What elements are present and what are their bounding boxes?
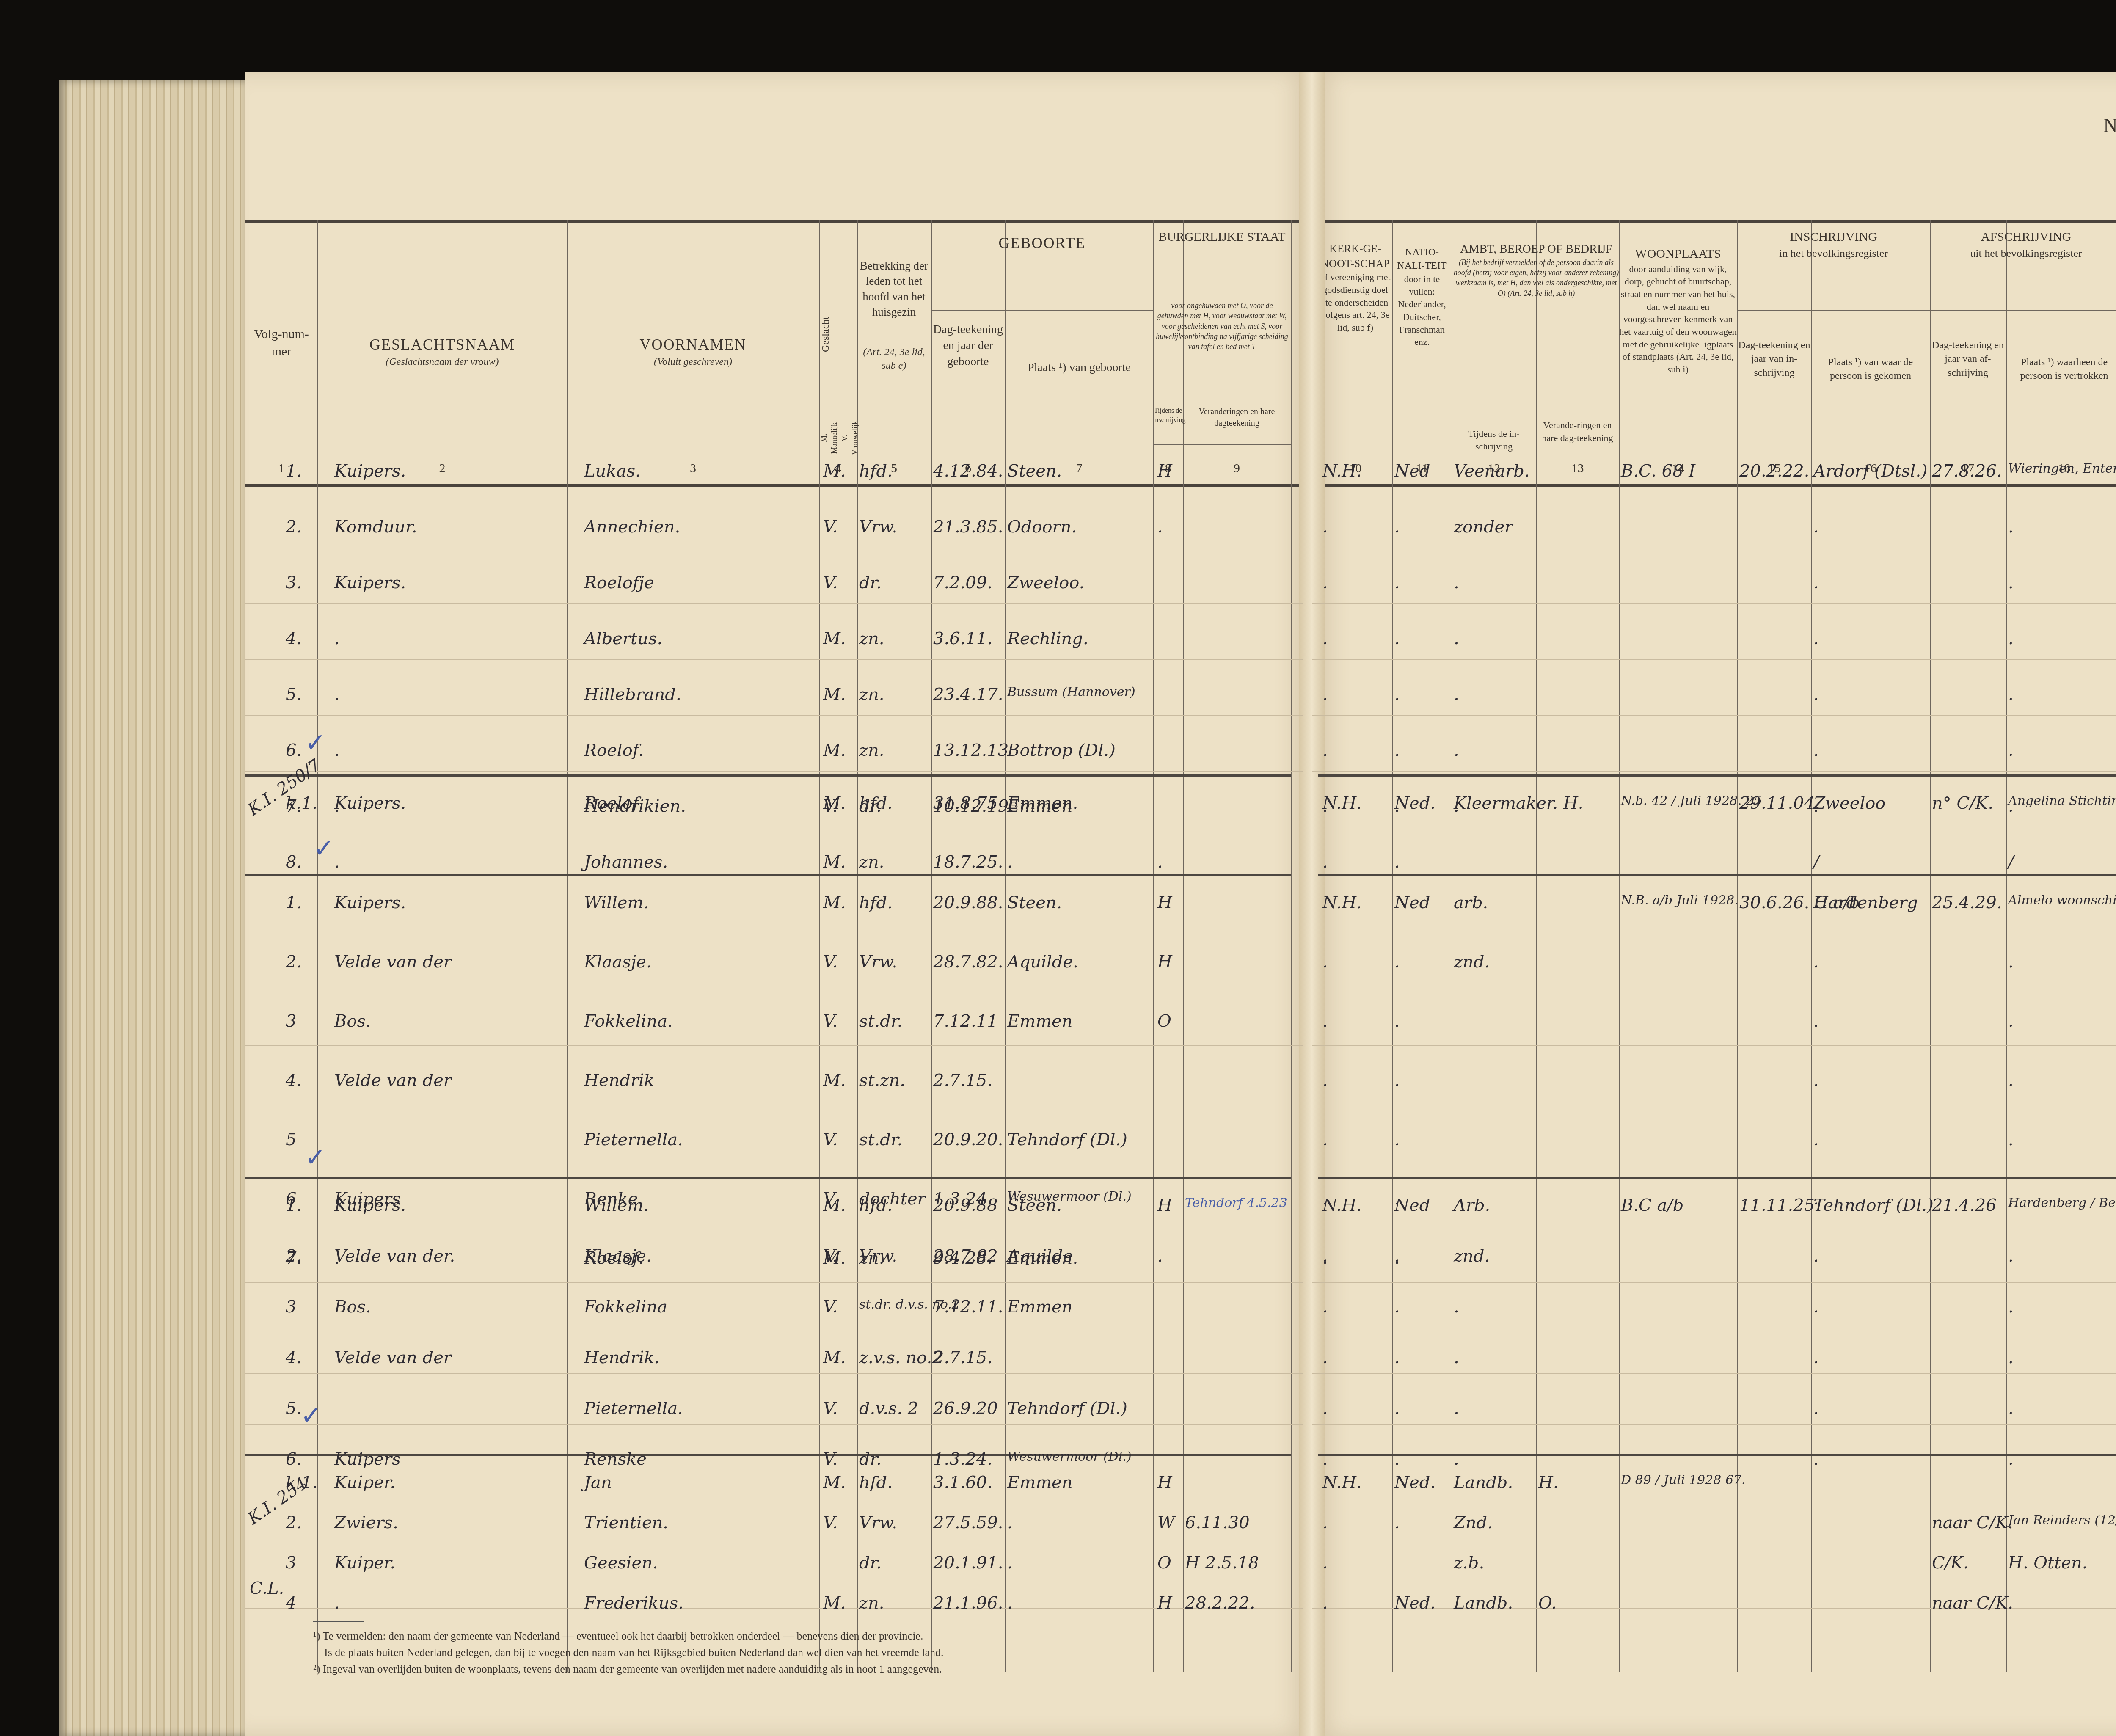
ruled-line [245, 840, 1303, 840]
entry-registration-origin: . [1813, 1071, 1819, 1090]
entry-deregistration-destination: Almelo woonschip a. 't Eiland. [2008, 893, 2116, 908]
entry-birth-date: 23.4.17. [933, 685, 1003, 704]
entry-volgnummer: 5. [286, 685, 302, 704]
entry-deregistration-destination: . [2008, 1246, 2014, 1266]
entry-birth-date: 20.9.88 [933, 1196, 998, 1215]
entry-sex: V. [823, 1513, 838, 1532]
ruled-line [245, 1568, 1303, 1568]
entry-birth-place: Rechling. [1007, 629, 1088, 648]
ruled-line [1312, 715, 2116, 716]
ruled-line [245, 1488, 1303, 1488]
entry-sex: V. [823, 1297, 838, 1317]
entry-given-names: Hillebrand. [584, 685, 681, 704]
entry-given-names: Fokkelina. [584, 1011, 673, 1031]
ruled-line [245, 1373, 1303, 1374]
colnum: 9 [1183, 461, 1291, 476]
entry-church: . [1322, 1513, 1328, 1532]
entry-birth-date: 28.7.82. [933, 952, 1003, 972]
book-page-edges [59, 80, 245, 1736]
entry-registration-origin: . [1813, 1011, 1819, 1031]
entry-nationality: Ned. [1394, 1593, 1435, 1613]
entry-volgnummer: 2. [286, 517, 302, 537]
entry-given-names: Albertus. [584, 629, 662, 648]
entry-given-names: Roelof. [584, 794, 644, 813]
entry-given-names: Jan [584, 1473, 612, 1492]
entry-birth-place: . [1007, 1593, 1013, 1613]
entry-occupation-change: H. [1538, 1473, 1559, 1492]
header-in-plaats: Plaats ¹) van waar de persoon is gekomen [1811, 355, 1930, 383]
header-ambt-tijdens: Tijdens de in-schrijving [1452, 427, 1536, 452]
household-extra-note: C.L. [250, 1579, 284, 1598]
entry-deregistration-date: naar C/K. [1932, 1593, 2013, 1613]
entry-nationality: . [1394, 1071, 1400, 1090]
ruled-line [1312, 1045, 2116, 1046]
entry-deregistration-destination: . [2008, 1449, 2014, 1469]
household-separator [1318, 1454, 2116, 1456]
entry-relation: st.dr. [859, 1130, 902, 1149]
entry-given-names: Pieternella. [584, 1399, 683, 1418]
entry-birth-place: . [1007, 1553, 1013, 1573]
ruled-line [1312, 927, 2116, 927]
entry-volgnummer: 6. [286, 1449, 302, 1469]
entry-registration-origin: . [1813, 1297, 1819, 1317]
ruled-line [245, 986, 1303, 986]
entry-sex: M. [823, 685, 846, 704]
ruled-line [1312, 1223, 2116, 1223]
entry-birth-place: Tehndorf (Dl.) [1007, 1130, 1127, 1149]
entry-surname: Velde van der [334, 952, 452, 972]
entry-deregistration-date: 25.4.29. [1932, 893, 2002, 912]
ruled-line [1312, 1221, 2116, 1221]
entry-nationality: . [1394, 1011, 1400, 1031]
entry-surname: Kuiper. [334, 1473, 395, 1492]
entry-nationality: . [1394, 952, 1400, 972]
ruled-line [1312, 1568, 2116, 1568]
entry-birth-place: Steen. [1007, 461, 1062, 481]
entry-church: . [1322, 517, 1328, 537]
entry-nationality: Ned. [1394, 794, 1435, 813]
blue-check-mark: ✓ [313, 834, 334, 863]
entry-deregistration-destination: . [2008, 1011, 2014, 1031]
ruled-line [245, 1323, 1303, 1323]
ruled-line [1312, 548, 2116, 548]
inschrijving-rule [1737, 309, 1930, 311]
entry-deregistration-date: C/K. [1932, 1553, 1969, 1573]
entry-birth-place: Steen. [1007, 893, 1062, 912]
entry-birth-date: 31.8.75 [933, 794, 998, 813]
header-geboorte-datum: Dag-teekening en jaar der geboorte [931, 322, 1005, 369]
entry-civil-status: . [1157, 1246, 1163, 1266]
ruled-line [245, 1223, 1303, 1223]
entry-occupation: . [1454, 741, 1459, 760]
ruled-line [1312, 1373, 2116, 1374]
entry-occupation: Landb. [1454, 1473, 1513, 1492]
footnote-1-cont: Is de plaats buiten Nederland gelegen, d… [313, 1644, 1244, 1661]
entry-surname: Komduur. [334, 517, 417, 537]
entry-sex: M. [823, 1473, 846, 1492]
entry-nationality: . [1394, 1297, 1400, 1317]
entry-relation: zn. [859, 1593, 884, 1613]
entry-relation: Vrw. [859, 1513, 897, 1532]
geboorte-rule [931, 309, 1153, 311]
entry-surname: . [334, 685, 340, 704]
entry-deregistration-destination: Jan Reinders (12/30) [2008, 1513, 2116, 1528]
entry-deregistration-date: 21.4.26 [1932, 1196, 1997, 1215]
entry-given-names: Klaasje. [584, 952, 652, 972]
col-divider [1291, 220, 1292, 1672]
entry-birth-place: Emmen [1007, 1297, 1073, 1317]
header-geslachtsnaam: GESLACHTSNAAM(Geslachtsnaam der vrouw) [317, 334, 567, 369]
ruled-line [245, 771, 1303, 772]
entry-civil-status-change: Tehndorf 4.5.23 [1185, 1196, 1287, 1210]
ruled-line [245, 1105, 1303, 1105]
entry-sex: M. [823, 741, 846, 760]
entry-registration-origin: . [1813, 952, 1819, 972]
entry-nationality: . [1394, 741, 1400, 760]
header-burgerlijke-staat: BURGERLIJKE STAAT [1153, 229, 1291, 246]
footnote-2: ²) Ingeval van overlijden buiten de woon… [313, 1661, 1244, 1677]
entry-birth-date: 20.9.88. [933, 893, 1003, 912]
entry-deregistration-destination: . [2008, 517, 2014, 537]
header-betrekking: Betrekking der leden tot het hoofd van h… [857, 258, 931, 373]
entry-relation: zn. [859, 629, 884, 648]
entry-volgnummer: 3 [286, 1553, 296, 1573]
header-geboorte-plaats: Plaats ¹) van geboorte [1005, 360, 1153, 376]
entry-birth-date: 13.12.13 [933, 741, 1008, 760]
entry-deregistration-date: n° C/K. [1932, 794, 1993, 813]
entry-birth-date: 18.7.25. [933, 852, 1003, 872]
ruled-line [245, 827, 1303, 827]
entry-birth-date: 28.7.82 [933, 1246, 998, 1266]
entry-occupation: . [1454, 1297, 1459, 1317]
entry-registration-origin: Tehndorf (Dl.) [1813, 1196, 1934, 1215]
entry-registration-date: 29.11.04. [1739, 794, 1820, 813]
entry-relation: dr. [859, 1553, 882, 1573]
entry-church: . [1322, 1130, 1328, 1149]
ruled-line [245, 1608, 1303, 1609]
entry-deregistration-destination: . [2008, 1348, 2014, 1367]
entry-given-names: Willem. [584, 893, 649, 912]
entry-occupation: Arb. [1454, 1196, 1490, 1215]
entry-civil-status-change: H 2.5.18 [1185, 1553, 1259, 1573]
entry-given-names: Frederikus. [584, 1593, 683, 1613]
entry-civil-status: H [1157, 893, 1172, 912]
entry-occupation: zonder [1454, 517, 1513, 537]
header-af-datum: Dag-teekening en jaar van af-schrijving [1930, 339, 2006, 380]
entry-surname: Kuipers [334, 1449, 400, 1469]
geslacht-rule [819, 411, 857, 412]
entry-surname: Kuipers. [334, 1196, 406, 1215]
entry-sex: M. [823, 1348, 846, 1367]
entry-birth-date: 1.3.24. [933, 1449, 992, 1469]
book-gutter [1299, 72, 1325, 1736]
header-tijdens-label: Tijdens de inschrijving [1153, 406, 1183, 424]
entry-registration-origin: . [1813, 1130, 1819, 1149]
entry-church: N.H. [1322, 893, 1362, 912]
entry-civil-status: H [1157, 1473, 1172, 1492]
entry-given-names: Lukas. [584, 461, 641, 481]
footnotes: ¹) Te vermelden: den naam der gemeente v… [313, 1621, 1244, 1677]
entry-birth-place: Emmen [1007, 1011, 1073, 1031]
entry-volgnummer: 3 [286, 1297, 296, 1317]
entry-sex: V. [823, 952, 838, 972]
ruled-line [245, 603, 1303, 604]
entry-birth-place: Wesuwermoor (Dl.) [1007, 1449, 1132, 1464]
blue-check-mark: ✓ [300, 1401, 322, 1430]
entry-deregistration-destination: Wieringen, Enterno 15. 88. [2008, 461, 2116, 476]
entry-given-names: Roelofje [584, 573, 654, 592]
blue-check-mark: ✓ [305, 1143, 326, 1172]
entry-sex: M. [823, 1196, 846, 1215]
entry-birth-place: Emmen. [1007, 794, 1078, 813]
entry-church: N.H. [1322, 794, 1362, 813]
household-separator [245, 874, 1291, 876]
entry-church: . [1322, 1246, 1328, 1266]
entry-church: . [1322, 852, 1328, 872]
entry-sex: V. [823, 1130, 838, 1149]
entry-occupation: . [1454, 573, 1459, 592]
header-ambt-veranderingen: Verande-ringen en hare dag-teekening [1536, 419, 1619, 444]
entry-church: . [1322, 1553, 1328, 1573]
entry-volgnummer: 2. [286, 952, 302, 972]
entry-surname: Kuipers. [334, 573, 406, 592]
entry-volgnummer: 1. [286, 1196, 302, 1215]
entry-registration-origin: . [1813, 1449, 1819, 1469]
entry-volgnummer: 4. [286, 1348, 302, 1367]
entry-nationality: . [1394, 1130, 1400, 1149]
entry-given-names: Renske [584, 1449, 647, 1469]
entry-registration-origin: . [1813, 1399, 1819, 1418]
entry-birth-date: 3.6.11. [933, 629, 992, 648]
header-geboorte: GEBOORTE [931, 233, 1153, 254]
ruled-line [1312, 1105, 2116, 1105]
entry-given-names: Geesien. [584, 1553, 658, 1573]
entry-nationality: Ned. [1394, 1473, 1435, 1492]
entry-nationality: Ned [1394, 893, 1430, 912]
entry-relation: Vrw. [859, 517, 897, 537]
entry-registration-origin: Ardorf (Dtsl.) [1813, 461, 1928, 481]
entry-surname: . [334, 1593, 340, 1613]
entry-occupation: Veenarb. [1454, 461, 1530, 481]
entry-volgnummer: 5. [286, 1399, 302, 1418]
ruled-line [1312, 659, 2116, 660]
entry-birth-date: 20.1.91. [933, 1553, 1003, 1573]
entry-volgnummer: 2. [286, 1246, 302, 1266]
entry-relation: st.zn. [859, 1071, 905, 1090]
entry-civil-status: H [1157, 461, 1172, 481]
entry-civil-status: H [1157, 952, 1172, 972]
entry-nationality: . [1394, 1348, 1400, 1367]
entry-church: N.H. [1322, 1196, 1362, 1215]
entry-occupation: . [1454, 1348, 1459, 1367]
household-separator [1318, 874, 2116, 876]
ruled-line [1312, 883, 2116, 883]
entry-birth-date: 21.3.85. [933, 517, 1003, 537]
header-burgerlijke-staat-note: voor ongehuwden met O, voor de gehuwden … [1155, 300, 1289, 352]
entry-birth-place: Steen. [1007, 1196, 1062, 1215]
entry-surname: Zwiers. [334, 1513, 398, 1532]
ruled-line [245, 1475, 1303, 1475]
entry-given-names: Willem. [584, 1196, 649, 1215]
entry-relation: st.dr. [859, 1011, 902, 1031]
entry-nationality: . [1394, 629, 1400, 648]
entry-deregistration-destination: . [2008, 741, 2014, 760]
entry-given-names: Johannes. [584, 852, 668, 872]
entry-volgnummer: k.1. [286, 794, 317, 813]
entry-civil-status-change: 6.11.30 [1185, 1513, 1250, 1532]
ruled-line [245, 1272, 1303, 1272]
entry-registration-origin: . [1813, 685, 1819, 704]
ruled-line [245, 927, 1303, 927]
entry-birth-place: Bottrop (Dl.) [1007, 741, 1116, 760]
blue-check-mark: ✓ [305, 728, 326, 758]
ruled-line [1312, 1282, 2116, 1283]
entry-church: . [1322, 1297, 1328, 1317]
entry-relation: d.v.s. 2 [859, 1399, 918, 1418]
entry-surname: Kuipers. [334, 794, 406, 813]
entry-birth-date: 26.9.20 [933, 1399, 998, 1418]
entry-occupation: znd. [1454, 1246, 1490, 1266]
entry-relation: hfd. [859, 1196, 893, 1215]
entry-deregistration-destination: . [2008, 1130, 2014, 1149]
colnum: 13 [1536, 461, 1619, 476]
entry-civil-status: H [1157, 1593, 1172, 1613]
entry-registration-origin: Zweeloo [1813, 794, 1885, 813]
entry-sex: M. [823, 1593, 846, 1613]
header-kerkgenootschap: KERK-GE-NOOT-SCHAPof vereeniging met god… [1318, 241, 1392, 334]
header-in-datum: Dag-teekening en jaar van in-schrijving [1737, 339, 1811, 380]
ruled-line [1312, 840, 2116, 840]
header-geslacht: Geslacht [819, 271, 857, 398]
entry-church: . [1322, 1071, 1328, 1090]
entry-church: N.H. [1322, 1473, 1362, 1492]
entry-relation: zn. [859, 741, 884, 760]
household-separator [1318, 774, 2116, 777]
entry-relation: Vrw. [859, 952, 897, 972]
ruled-line [1312, 1164, 2116, 1164]
entry-birth-date: 7.12.11. [933, 1297, 1003, 1317]
entry-birth-place: Tehndorf (Dl.) [1007, 1399, 1127, 1418]
entry-occupation: Landb. [1454, 1593, 1513, 1613]
entry-surname: Kuipers. [334, 893, 406, 912]
entry-registration-origin: Hardenberg [1813, 893, 1918, 912]
entry-birth-place: Aquilde [1007, 1246, 1073, 1266]
entry-church: . [1322, 952, 1328, 972]
ruled-line [1312, 603, 2116, 604]
entry-occupation: z.b. [1454, 1553, 1484, 1573]
entry-relation: z.v.s. no.2 [859, 1348, 943, 1367]
household-separator [245, 1177, 1291, 1179]
entry-volgnummer: 4 [286, 1593, 296, 1613]
entry-sex: M. [823, 893, 846, 912]
ruled-line [1312, 492, 2116, 492]
entry-relation: zn. [859, 852, 884, 872]
header-ambt: AMBT, BEROEP OF BEDRIJF(Bij het bedrijf … [1452, 241, 1621, 298]
entry-church: . [1322, 685, 1328, 704]
entry-volgnummer: 4. [286, 629, 302, 648]
entry-sex: V. [823, 1449, 838, 1469]
entry-birth-date: 2.7.15. [933, 1348, 992, 1367]
header-nationaliteit: NATIO-NALI-TEITdoor in te vullen: Nederl… [1392, 245, 1452, 348]
entry-nationality: . [1394, 852, 1400, 872]
entry-relation: zn. [859, 685, 884, 704]
entry-civil-status: . [1157, 517, 1163, 537]
entry-deregistration-destination: . [2008, 1071, 2014, 1090]
entry-surname: Kuipers. [334, 461, 406, 481]
entry-sex: V. [823, 517, 838, 537]
entry-relation: hfd. [859, 893, 893, 912]
entry-church: . [1322, 1399, 1328, 1418]
colnum: 1 [245, 461, 317, 476]
entry-surname: Kuiper. [334, 1553, 395, 1573]
entry-relation: hfd. [859, 1473, 893, 1492]
ruled-line [1312, 1272, 2116, 1272]
header-voornamen: VOORNAMEN(Voluit geschreven) [567, 334, 819, 369]
entry-relation: dr. [859, 573, 882, 592]
household-separator [245, 774, 1291, 777]
header-afschrijving: AFSCHRIJVINGuit het bevolkingsregister [1930, 229, 2116, 261]
entry-residence: B.C a/b [1621, 1196, 1683, 1215]
entry-volgnummer: 1. [286, 893, 302, 912]
header-veranderingen: Veranderingen en hare dagteekening [1183, 406, 1291, 429]
ruled-line [245, 1045, 1303, 1046]
ruled-line [245, 1424, 1303, 1425]
entry-registration-origin: / [1813, 852, 1819, 872]
entry-deregistration-destination: . [2008, 1297, 2014, 1317]
entry-given-names: Trientien. [584, 1513, 668, 1532]
entry-volgnummer: 4. [286, 1071, 302, 1090]
entry-registration-origin: . [1813, 1348, 1819, 1367]
entry-occupation: . [1454, 685, 1459, 704]
entry-birth-date: 4.12.84. [933, 461, 1003, 481]
entry-sex: V. [823, 1011, 838, 1031]
entry-surname: . [334, 741, 340, 760]
entry-sex: V. [823, 1399, 838, 1418]
entry-nationality: . [1394, 517, 1400, 537]
ruled-line [245, 1528, 1303, 1528]
entry-birth-place: Emmen [1007, 1473, 1073, 1492]
entry-birth-place: Aquilde. [1007, 952, 1078, 972]
header-geslacht-key: M. Mannelijk V. Vrouwelijk [819, 419, 857, 457]
entry-given-names: Klaasje. [584, 1246, 652, 1266]
entry-residence: B.C. 68 I [1621, 461, 1695, 481]
entry-deregistration-destination: / [2008, 852, 2014, 872]
entry-church: . [1322, 1449, 1328, 1469]
entry-registration-origin: . [1813, 573, 1819, 592]
entry-church: . [1322, 1011, 1328, 1031]
entry-birth-date: 7.2.09. [933, 573, 992, 592]
ambt-rule [1452, 413, 1619, 414]
entry-surname: Velde van der [334, 1348, 452, 1367]
afschrijving-rule [1930, 309, 2116, 311]
entry-given-names: Hendrik. [584, 1348, 660, 1367]
header-af-plaats: Plaats ¹) waarheen de persoon is vertrok… [2006, 355, 2116, 383]
entry-given-names: Annechien. [584, 517, 680, 537]
entry-church: . [1322, 629, 1328, 648]
entry-nationality: . [1394, 1449, 1400, 1469]
entry-given-names: Hendrik [584, 1071, 654, 1090]
entry-birth-date: 27.5.59. [933, 1513, 1003, 1532]
entry-residence: N.B. a/b Juli 1928. [1621, 893, 1739, 908]
entry-deregistration-destination: Angelina Stichting [2008, 794, 2116, 808]
entry-registration-origin: . [1813, 741, 1819, 760]
entry-sex: M. [823, 1071, 846, 1090]
entry-volgnummer: 1. [286, 461, 302, 481]
footnote-1: ¹) Te vermelden: den naam der gemeente v… [313, 1628, 1244, 1644]
header-volgnummer: Volg-num-mer [245, 326, 317, 360]
entry-birth-place: . [1007, 1513, 1013, 1532]
entry-church: . [1322, 1348, 1328, 1367]
